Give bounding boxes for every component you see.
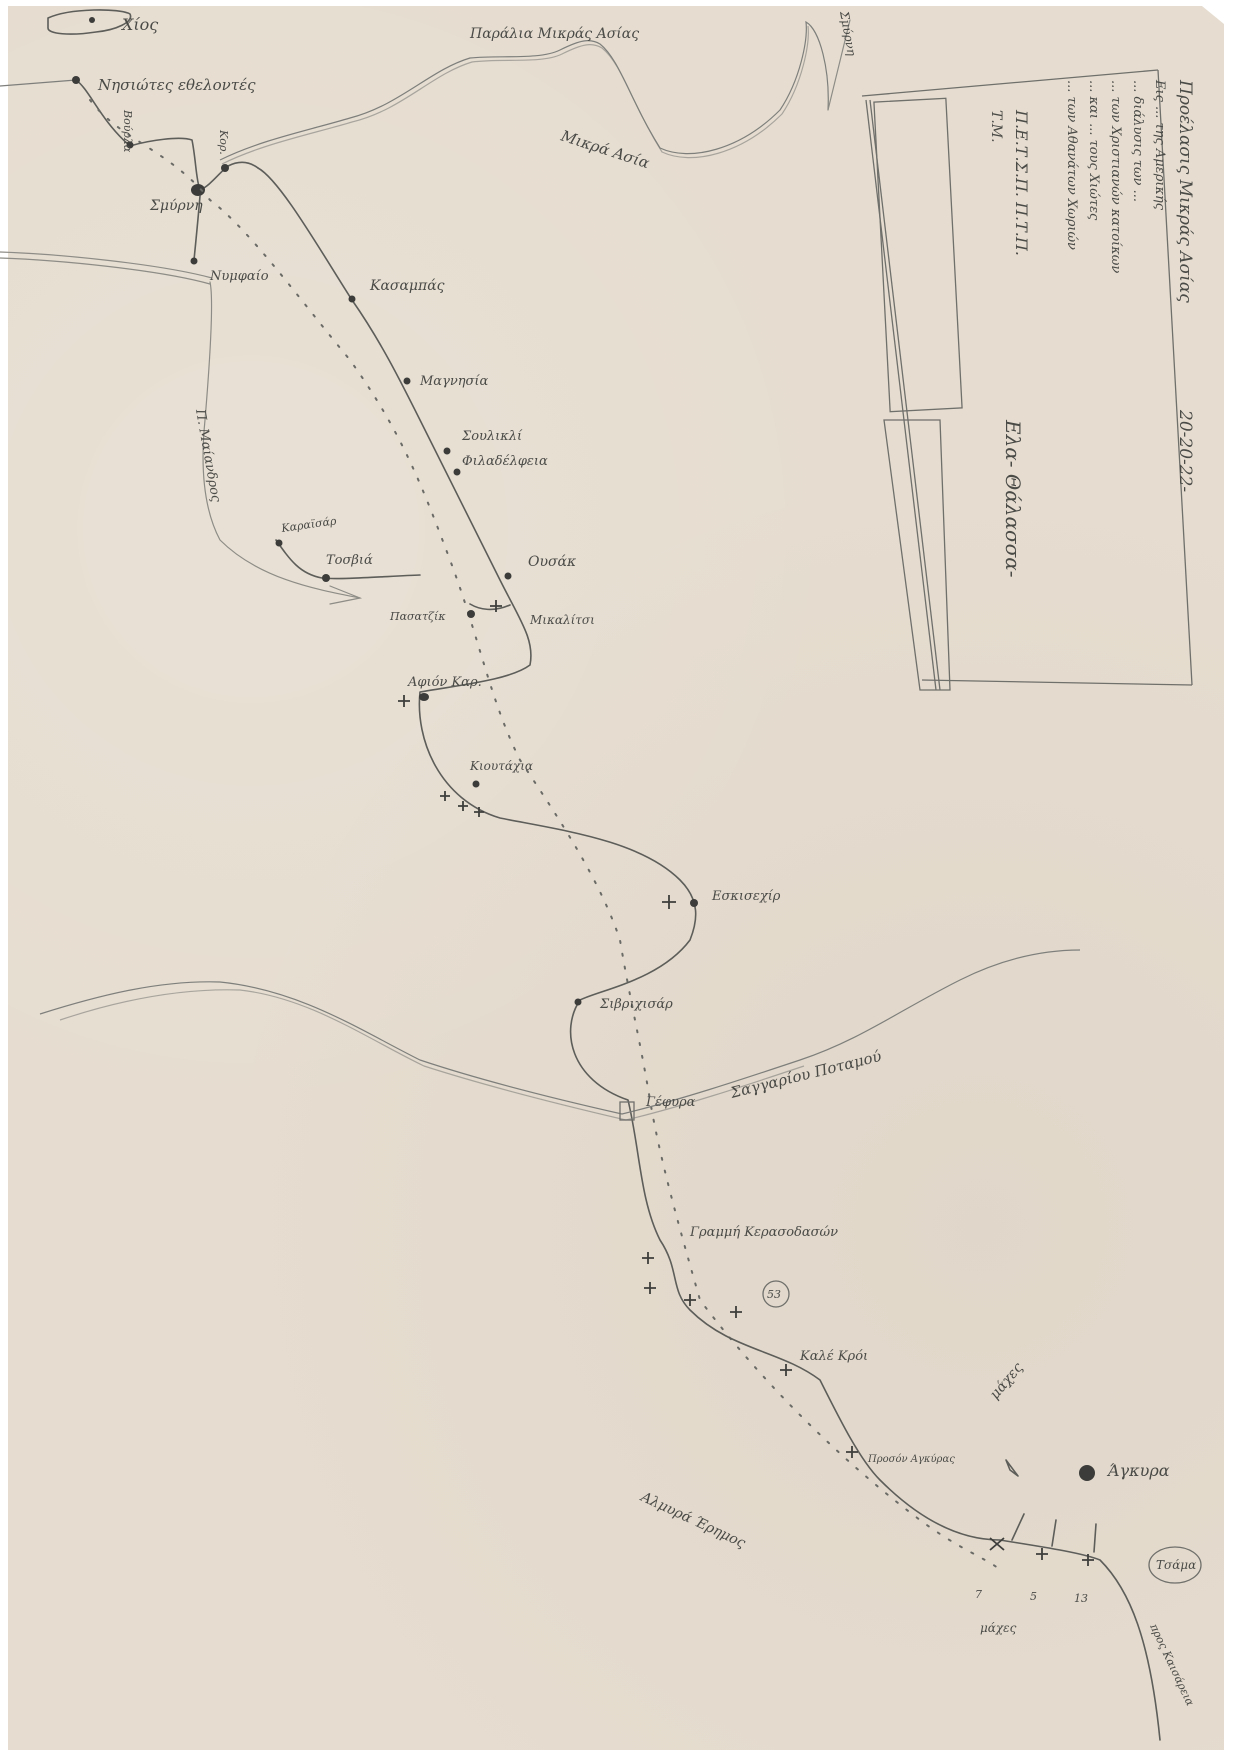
label-circle-53: 53: [767, 1288, 781, 1301]
label-prion: Προσόν Αγκύρας: [867, 1454, 955, 1465]
label-desert: Αλμυρά Έρημος: [636, 1488, 747, 1551]
label-pasadzik: Πασατζίκ: [389, 610, 446, 623]
label-sivrihisar: Σιβριχισάρ: [599, 997, 673, 1012]
legend-note-3: ... των Χριστιανών κατοίκων: [1108, 80, 1123, 273]
label-kale-kroi: Καλέ Κρόι: [799, 1349, 868, 1364]
sketch-map: Χίος Νησιώτες εθελοντές Παράλια Μικράς Α…: [0, 0, 1240, 1754]
label-mikalitsi: Μικαλίτσι: [529, 613, 595, 627]
label-afion: Αφιόν Καρ.: [407, 675, 482, 690]
label-line-note: Γραμμή Κερασοδασών: [689, 1225, 838, 1240]
legend-title: Προέλασις Μικράς Ασίας: [1175, 79, 1195, 303]
label-ousak: Ουσάκ: [528, 554, 576, 570]
label-smyrna: Σμύρνη: [149, 198, 203, 214]
label-battles-bottom: μάχες: [980, 1621, 1017, 1635]
label-coast-top: Παράλια Μικράς Ασίας: [469, 25, 639, 42]
label-tick-13: 13: [1074, 1592, 1088, 1605]
legend-note-2: ... διάλυσις των ...: [1130, 80, 1145, 202]
label-chios: Χίος: [120, 15, 158, 34]
legend-note-1: Εις ... της Αμερικής: [1152, 79, 1167, 211]
legend-box-outline: [922, 70, 1192, 685]
label-ankara: Άγκυρα: [1106, 1461, 1170, 1480]
ankara-city-icon: [1079, 1465, 1095, 1481]
label-karaisar: Καραϊσάρ: [280, 514, 338, 535]
label-river-maiandros: Π. Μαίανδρος: [192, 407, 223, 504]
label-battles-top: μάχες: [987, 1360, 1027, 1403]
coastline-top: [220, 22, 828, 160]
label-bridge: Γέφυρα: [645, 1095, 696, 1110]
railway-main: [258, 168, 1160, 1740]
chios-island-outline: [48, 10, 131, 34]
label-kor: Κορ.: [217, 129, 230, 155]
legend-unit-line-2: Τ.Μ.: [988, 110, 1004, 143]
legend-note-4: ... και ... τους Χιώτες: [1086, 80, 1101, 221]
legend-signature: Ελα- Θάλασσα-: [1001, 419, 1025, 578]
legend-text-group: Προέλασις Μικράς Ασίας 20-20-22- Εις ...…: [988, 79, 1195, 578]
label-kioutahia: Κιουτάχια: [469, 759, 533, 773]
label-river-sangarios: Σαγγαρίου Ποταμού: [728, 1047, 884, 1102]
chios-dot-icon: [89, 17, 95, 23]
label-kasaba: Κασαμπάς: [369, 278, 445, 294]
river-maiandros: [203, 282, 360, 598]
legend-unit-line-1: Π.Ε.Τ.Σ.Π. Π.Τ.Π.: [1012, 109, 1031, 256]
label-eskisehir: Εσκισεχίρ: [711, 889, 781, 904]
legend-date: 20-20-22-: [1175, 409, 1195, 492]
river-sangarios: [40, 950, 1080, 1114]
label-tick-5: 5: [1030, 1590, 1037, 1603]
label-circled-place: Τσάμα: [1156, 1558, 1196, 1572]
label-soulikli: Σουλικλί: [461, 429, 523, 444]
unit-box-outline: [874, 98, 962, 411]
label-vourla: Βούρλα: [121, 109, 134, 153]
label-nymphaio: Νυμφαίο: [209, 269, 269, 284]
label-tick-7: 7: [975, 1588, 982, 1601]
label-mikra-asia: Μικρά Ασία: [558, 126, 652, 172]
label-philadelphia: Φιλαδέλφεια: [462, 454, 548, 469]
label-nesiotes: Νησιώτες εθελοντές: [97, 76, 256, 94]
legend-note-5: ... των Αθανάτων Χωριών: [1064, 80, 1079, 250]
label-magnesia: Μαγνησία: [419, 374, 489, 389]
label-tosbia: Τοσβιά: [326, 553, 373, 568]
label-sea-corner: Σμύρνη: [837, 9, 859, 58]
